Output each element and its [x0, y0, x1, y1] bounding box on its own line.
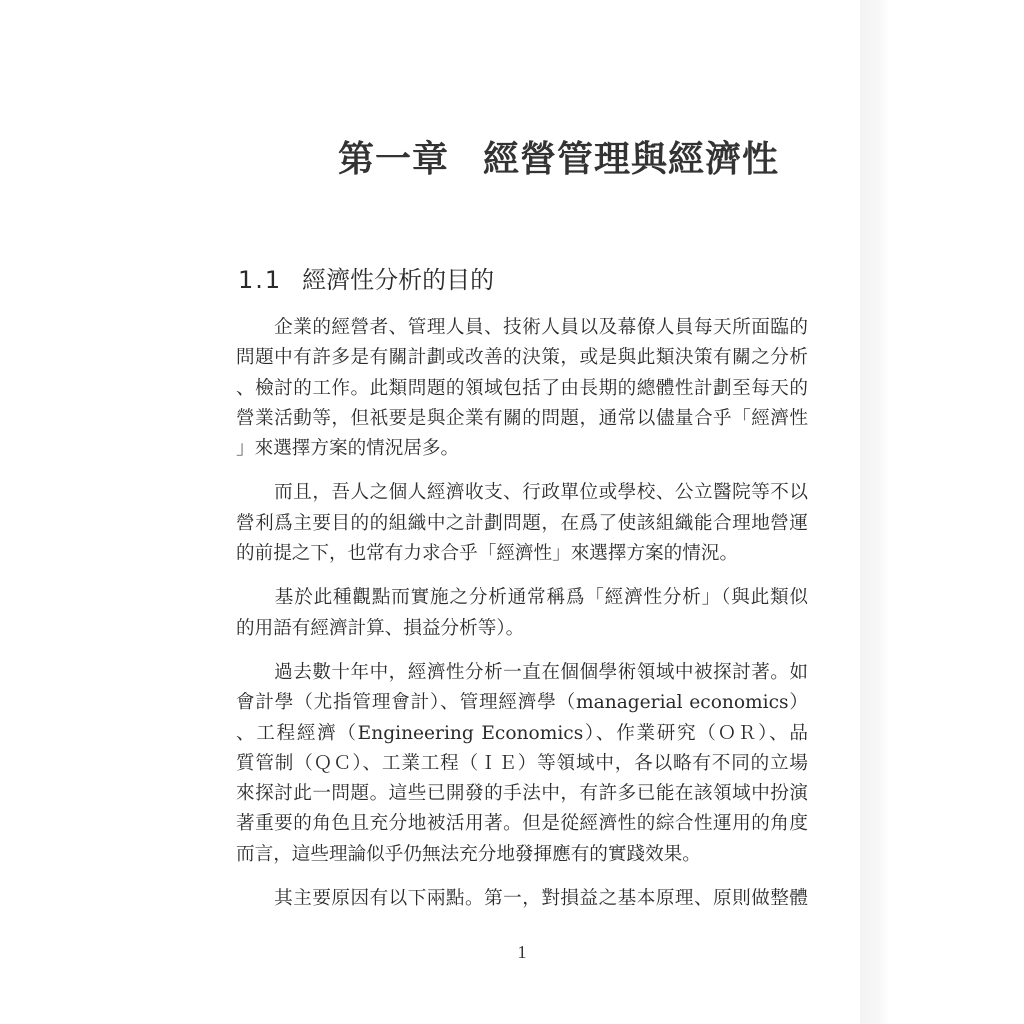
text-line: 過去數十年中，經濟性分析一直在個個學術領域中被探討著。如: [236, 658, 808, 688]
text-line: 、檢討的工作。此類問題的領域包括了由長期的總體性計劃至每天的: [236, 374, 808, 404]
text-line: 問題中有許多是有關計劃或改善的決策，或是與此類決策有關之分析: [236, 343, 808, 373]
text-line: 會計學（尤指管理會計）、管理經濟學（managerial economics）: [236, 688, 808, 718]
text-line: 營利爲主要目的的組織中之計劃問題，在爲了使該組織能合理地營運: [236, 509, 808, 539]
text-line: 來探討此一問題。這些已開發的手法中，有許多已能在該領域中扮演: [236, 779, 808, 809]
chapter-number: 第一章: [338, 139, 449, 180]
paragraph-3: 基於此種觀點而實施之分析通常稱爲「經濟性分析」（與此類似 的用語有經濟計算、損益…: [236, 583, 808, 644]
paragraph-1: 企業的經營者、管理人員、技術人員以及幕僚人員每天所面臨的 問題中有許多是有關計劃…: [236, 313, 808, 464]
text-line: 基於此種觀點而實施之分析通常稱爲「經濟性分析」（與此類似: [236, 583, 808, 613]
text-line: 著重要的角色且充分地被活用著。但是從經濟性的綜合性運用的角度: [236, 809, 808, 839]
chapter-name: 經營管理與經濟性: [483, 139, 779, 180]
section-number: 1.1: [238, 266, 282, 294]
section-name: 經濟性分析的目的: [302, 266, 494, 294]
page-edge-shadow: [860, 0, 890, 1024]
text-line: 」來選擇方案的情況居多。: [236, 434, 808, 464]
text-line: 企業的經營者、管理人員、技術人員以及幕僚人員每天所面臨的: [236, 313, 808, 343]
text-line: 的用語有經濟計算、損益分析等）。: [236, 614, 808, 644]
text-line: 而且，吾人之個人經濟收支、行政單位或學校、公立醫院等不以: [236, 478, 808, 508]
text-line: 營業活動等，但祇要是與企業有關的問題，通常以儘量合乎「經濟性: [236, 404, 808, 434]
text-line: 、工程經濟（Engineering Economics）、作業研究（ＯＲ）、品: [236, 719, 808, 749]
chapter-title: 第一章經營管理與經濟性: [338, 138, 738, 182]
text-line: 的前提之下，也常有力求合乎「經濟性」來選擇方案的情況。: [236, 539, 808, 569]
text-line: 其主要原因有以下兩點。第一，對損益之基本原理、原則做整體: [236, 884, 808, 914]
body-text: 企業的經營者、管理人員、技術人員以及幕僚人員每天所面臨的 問題中有許多是有關計劃…: [236, 313, 808, 928]
section-heading: 1.1經濟性分析的目的: [238, 264, 494, 296]
text-line: 而言，這些理論似乎仍無法充分地發揮應有的實踐效果。: [236, 840, 808, 870]
page-number: 1: [512, 942, 532, 963]
paragraph-4: 過去數十年中，經濟性分析一直在個個學術領域中被探討著。如 會計學（尤指管理會計）…: [236, 658, 808, 870]
text-line: 質管制（ＱＣ）、工業工程（ＩＥ）等領域中，各以略有不同的立場: [236, 749, 808, 779]
paragraph-5: 其主要原因有以下兩點。第一，對損益之基本原理、原則做整體: [236, 884, 808, 914]
paragraph-2: 而且，吾人之個人經濟收支、行政單位或學校、公立醫院等不以 營利爲主要目的的組織中…: [236, 478, 808, 569]
